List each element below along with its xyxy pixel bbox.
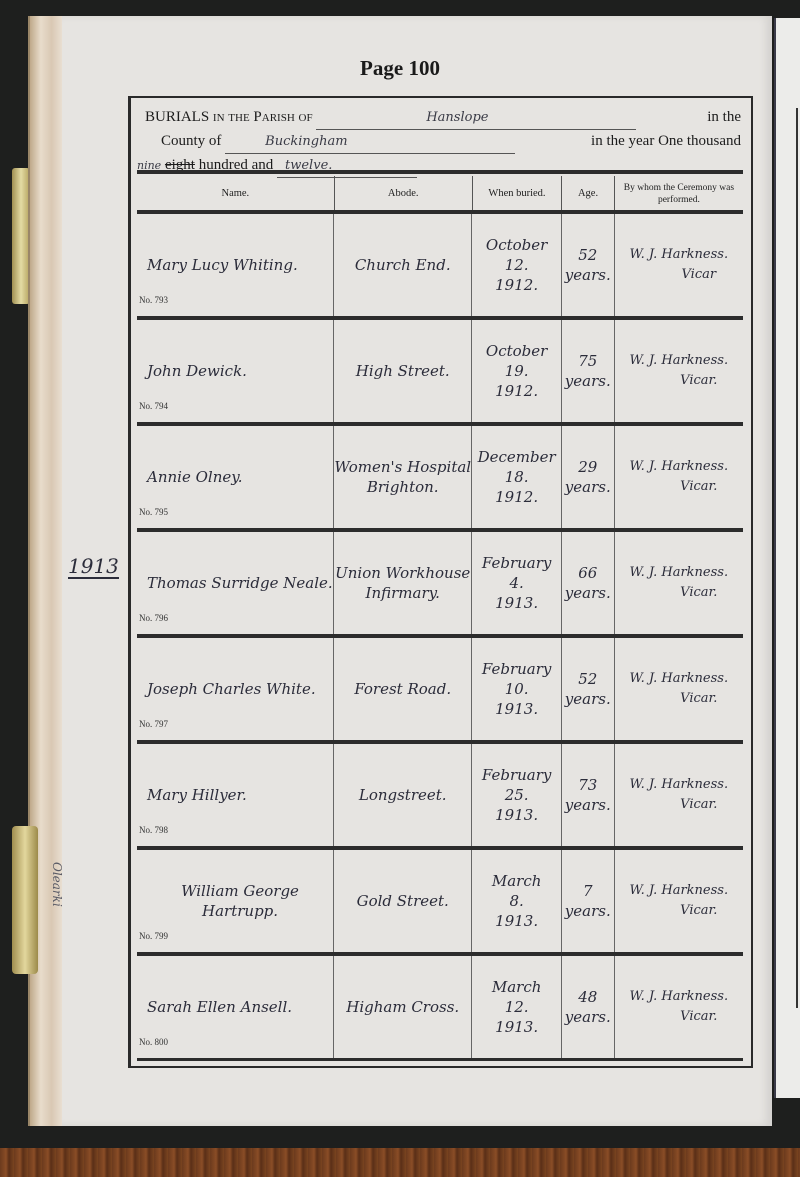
col-abode: Abode. — [335, 176, 473, 212]
entry-abode: Forest Road. — [354, 679, 451, 699]
header-rule — [137, 170, 743, 174]
entry-name: John Dewick. — [147, 361, 247, 381]
col-name: Name. — [137, 176, 335, 212]
table-row: John Dewick.No. 794 High Street. October… — [137, 320, 743, 426]
entry-name: Mary Hillyer. — [147, 785, 247, 805]
entry-abode: Union Workhouse Infirmary. — [334, 563, 471, 603]
entry-name: William George Hartrupp. — [147, 881, 333, 921]
heading-suffix-2: in the year One thousand — [591, 130, 741, 152]
entry-officiant-title: Vicar. — [630, 689, 729, 709]
heading-county-label: County of — [161, 130, 221, 152]
entry-abode: High Street. — [356, 361, 450, 381]
entry-number: No. 797 — [139, 714, 168, 734]
entry-officiant-title: Vicar. — [630, 795, 729, 815]
entry-name: Annie Olney. — [147, 467, 242, 487]
wooden-table-surface — [0, 1148, 800, 1177]
entry-officiant-title: Vicar. — [630, 1007, 729, 1027]
margin-side-note: Olearki — [50, 862, 64, 907]
entry-age-unit: years. — [565, 265, 611, 285]
entry-name: Mary Lucy Whiting. — [147, 255, 298, 275]
entry-year: 1912. — [478, 487, 556, 507]
heading-parish-label: BURIALS in the Parish of — [145, 106, 313, 128]
entry-age-unit: years. — [565, 689, 611, 709]
entry-age: 7 — [565, 881, 611, 901]
entry-age: 29 — [565, 457, 611, 477]
entry-day: 10. — [482, 679, 552, 699]
entry-abode: Gold Street. — [357, 891, 449, 911]
entry-age: 48 — [565, 987, 611, 1007]
entry-officiant: W. J. Harkness. — [630, 881, 729, 901]
entry-name: Thomas Surridge Neale. — [147, 573, 333, 593]
margin-year-note: 1913 — [68, 555, 119, 579]
entry-month: March — [492, 977, 542, 997]
entry-month: October — [486, 341, 547, 361]
entry-age-unit: years. — [565, 477, 611, 497]
entry-officiant: W. J. Harkness. — [630, 669, 729, 689]
entry-number: No. 796 — [139, 608, 168, 628]
entry-age-unit: years. — [565, 583, 611, 603]
table-row: Mary Lucy Whiting.No. 793 Church End. Oc… — [137, 214, 743, 320]
table-row: Mary Hillyer.No. 798 Longstreet. Februar… — [137, 744, 743, 850]
entry-officiant-title: Vicar — [630, 265, 729, 285]
burial-entries: Mary Lucy Whiting.No. 793 Church End. Oc… — [137, 214, 743, 1061]
parish-field: Hanslope — [316, 107, 636, 130]
entry-year: 1912. — [486, 381, 547, 401]
entry-name: Joseph Charles White. — [147, 679, 316, 699]
entry-month: October — [486, 235, 547, 255]
entry-month: February — [482, 553, 552, 573]
table-row: Joseph Charles White.No. 797 Forest Road… — [137, 638, 743, 744]
entry-officiant: W. J. Harkness. — [630, 457, 729, 477]
year-field: twelve. — [277, 155, 417, 178]
table-row: William George Hartrupp.No. 799 Gold Str… — [137, 850, 743, 956]
entry-name: Sarah Ellen Ansell. — [147, 997, 292, 1017]
col-age: Age. — [562, 176, 615, 212]
entry-year: 1912. — [486, 275, 547, 295]
table-row: Annie Olney.No. 795 Women's Hospital Bri… — [137, 426, 743, 532]
entry-abode: Longstreet. — [359, 785, 447, 805]
entry-age-unit: years. — [565, 371, 611, 391]
entry-age: 75 — [565, 351, 611, 371]
entry-officiant-title: Vicar. — [630, 583, 729, 603]
table-row: Thomas Surridge Neale.No. 796 Union Work… — [137, 532, 743, 638]
heading-suffix-1: in the — [707, 106, 741, 128]
column-headers: Name. Abode. When buried. Age. By whom t… — [137, 176, 743, 212]
entry-day: 18. — [478, 467, 556, 487]
page-tab-bottom — [12, 826, 38, 974]
entry-year: 1913. — [482, 593, 552, 613]
table-row: Sarah Ellen Ansell.No. 800 Higham Cross.… — [137, 956, 743, 1061]
entry-officiant-title: Vicar. — [630, 901, 729, 921]
entry-age: 66 — [565, 563, 611, 583]
entry-officiant: W. J. Harkness. — [630, 775, 729, 795]
entry-officiant: W. J. Harkness. — [630, 351, 729, 371]
col-officiant: By whom the Ceremony was performed. — [615, 176, 743, 212]
entry-number: No. 793 — [139, 290, 168, 310]
entry-month: March — [492, 871, 542, 891]
entry-age: 52 — [565, 245, 611, 265]
entry-officiant: W. J. Harkness. — [630, 987, 729, 1007]
entry-year: 1913. — [492, 1017, 542, 1037]
entry-abode: Women's Hospital Brighton. — [334, 457, 471, 497]
facing-page-edge — [774, 18, 800, 1098]
entry-month: December — [478, 447, 556, 467]
entry-officiant: W. J. Harkness. — [630, 563, 729, 583]
entry-age-unit: years. — [565, 795, 611, 815]
register-heading: BURIALS in the Parish of Hanslope in the… — [145, 106, 741, 178]
entry-number: No. 799 — [139, 926, 168, 946]
entry-year: 1913. — [482, 805, 552, 825]
col-when-buried: When buried. — [473, 176, 562, 212]
entry-age-unit: years. — [565, 1007, 611, 1027]
entry-day: 8. — [492, 891, 542, 911]
entry-month: February — [482, 659, 552, 679]
entry-day: 12. — [492, 997, 542, 1017]
entry-number: No. 794 — [139, 396, 168, 416]
entry-officiant: W. J. Harkness. — [630, 245, 729, 265]
entry-day: 25. — [482, 785, 552, 805]
entry-year: 1913. — [492, 911, 542, 931]
entry-abode: Higham Cross. — [346, 997, 459, 1017]
entry-age: 73 — [565, 775, 611, 795]
entry-year: 1913. — [482, 699, 552, 719]
county-field: Buckingham — [225, 131, 515, 154]
entry-abode: Church End. — [355, 255, 451, 275]
burial-register: BURIALS in the Parish of Hanslope in the… — [128, 96, 753, 1068]
entry-number: No. 798 — [139, 820, 168, 840]
entry-age-unit: years. — [565, 901, 611, 921]
entry-month: February — [482, 765, 552, 785]
entry-number: No. 795 — [139, 502, 168, 522]
entry-day: 4. — [482, 573, 552, 593]
entry-officiant-title: Vicar. — [630, 371, 729, 391]
entry-day: 19. — [486, 361, 547, 381]
entry-day: 12. — [486, 255, 547, 275]
entry-number: No. 800 — [139, 1032, 168, 1052]
entry-age: 52 — [565, 669, 611, 689]
entry-officiant-title: Vicar. — [630, 477, 729, 497]
page-title: Page 100 — [0, 56, 800, 81]
